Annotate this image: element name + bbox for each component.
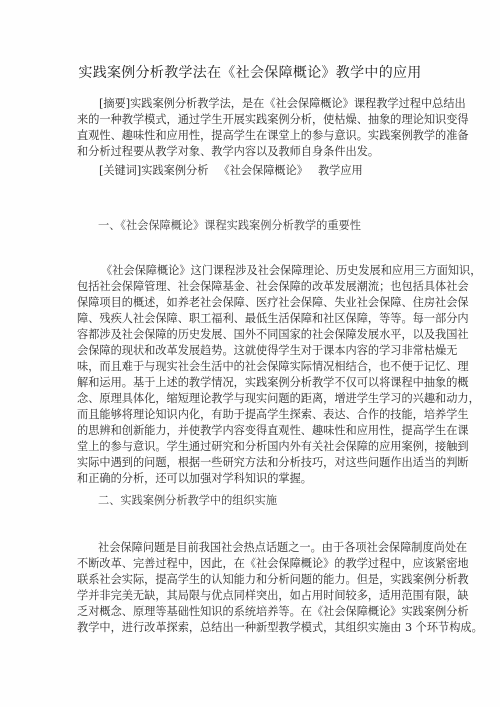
paragraph-line: 包括社会保障管理、社会保障基金、社会保障的改革发展潮流；也包括具体社会 bbox=[77, 279, 425, 295]
keyword-item: 实践案例分析 bbox=[141, 163, 208, 179]
paragraph-line: 会保障的现状和改革发展趋势。这就使得学生对于课本内容的学习非常枯燥无 bbox=[77, 343, 425, 359]
keyword-item: 《社会保障概论》 bbox=[218, 163, 308, 179]
paragraph-line: 保障项目的概述，如养老社会保障、医疗社会保障、失业社会保障、住房社会保 bbox=[77, 295, 425, 311]
paragraph-line: 乏对概念、原理等基础性知识的系统培养等。在《社会保障概论》实践案例分析 bbox=[77, 604, 425, 620]
paragraph-line: 学并非完美无缺，其局限与优点同样突出，如占用时间较多，适用范围有限，缺 bbox=[77, 588, 425, 604]
keywords-label: [关键词] bbox=[99, 163, 141, 179]
abstract: [摘要]实践案例分析教学法，是在《社会保障概论》课程教学过程中总结出 来的一种教… bbox=[77, 96, 425, 160]
paragraph-line: 和正确的分析，还可以加强对学科知识的掌握。 bbox=[77, 471, 425, 487]
paragraph-line: 的思辨和创新能力，并使教学内容变得直观性、趣味性和应用性，提高学生在课 bbox=[77, 423, 425, 439]
document-title: 实践案例分析教学法在《社会保障概论》教学中的应用 bbox=[0, 64, 500, 82]
section-heading: 一、《社会保障概论》课程实践案例分析教学的重要性 bbox=[98, 218, 361, 234]
paragraph-line: 联系社会实际，提高学生的认知能力和分析问题的能力。但是，实践案例分析教 bbox=[77, 572, 425, 588]
abstract-line: 来的一种教学模式，通过学生开展实践案例分析，使枯燥、抽象的理论知识变得 bbox=[77, 112, 425, 128]
paragraph-line: 解和运用。基于上述的教学情况，实践案例分析教学不仅可以将课程中抽象的概 bbox=[77, 375, 425, 391]
section-paragraph: 《社会保障概论》这门课程涉及社会保障理论、历史发展和应用三方面知识， 包括社会保… bbox=[77, 263, 425, 487]
paragraph-line: 念、原理具体化，缩短理论教学与现实问题的距离，增进学生学习的兴趣和动力， bbox=[77, 391, 425, 407]
paragraph-line: 障、残疾人社会保障、职工福利、最低生活保障和社区保障，等等。每一部分内 bbox=[77, 311, 425, 327]
paragraph-line: 实际中遇到的问题，根据一些研究方法和分析技巧，对这些问题作出适当的判断 bbox=[77, 455, 425, 471]
paragraph-line: 味，而且难于与现实社会生活中的社会保障实际情况相结合，也不便于记忆、理 bbox=[77, 359, 425, 375]
paragraph-line: 堂上的参与意识。学生通过研究和分析国内外有关社会保障的应用案例，接触到 bbox=[77, 439, 425, 455]
document-page: 实践案例分析教学法在《社会保障概论》教学中的应用 [摘要]实践案例分析教学法，是… bbox=[0, 0, 500, 707]
abstract-line: [摘要]实践案例分析教学法，是在《社会保障概论》课程教学过程中总结出 bbox=[77, 96, 425, 112]
keywords: [关键词]实践案例分析《社会保障概论》教学应用 bbox=[99, 163, 363, 179]
paragraph-line: 社会保障问题是目前我国社会热点话题之一。由于各项社会保障制度尚处在 bbox=[77, 540, 425, 556]
abstract-line: 直观性、趣味性和应用性，提高学生在课堂上的参与意识。实践案例教学的准备 bbox=[77, 128, 425, 144]
abstract-line: 和分析过程要从教学对象、教学内容以及教师自身条件出发。 bbox=[77, 144, 425, 160]
section-paragraph: 社会保障问题是目前我国社会热点话题之一。由于各项社会保障制度尚处在 不断改革、完… bbox=[77, 540, 425, 636]
paragraph-line: 不断改革、完善过程中，因此，在《社会保障概论》的教学过程中，应该紧密地 bbox=[77, 556, 425, 572]
section-heading: 二、实践案例分析教学中的组织实施 bbox=[98, 493, 277, 509]
paragraph-line: 教学中，进行改革探索，总结出一种新型教学模式，其组织实施由 3 个环节构成。 bbox=[77, 620, 425, 636]
paragraph-line: 《社会保障概论》这门课程涉及社会保障理论、历史发展和应用三方面知识， bbox=[77, 263, 425, 279]
paragraph-line: 而且能够将理论知识内化，有助于提高学生探索、表达、合作的技能，培养学生 bbox=[77, 407, 425, 423]
keyword-item: 教学应用 bbox=[318, 163, 363, 179]
paragraph-line: 容都涉及社会保障的历史发展、国外不同国家的社会保障发展水平，以及我国社 bbox=[77, 327, 425, 343]
